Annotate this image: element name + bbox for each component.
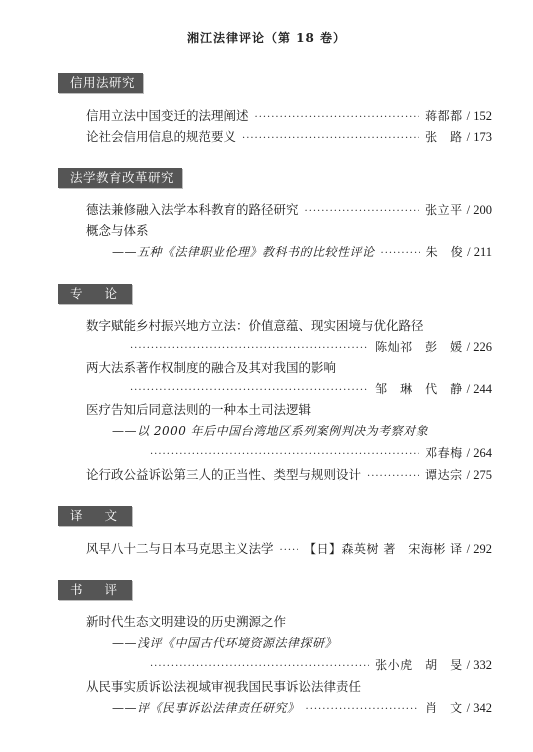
toc-entry-author-line[interactable]: 张小虎 胡 旻 / 332 xyxy=(150,655,492,675)
entry-page: / 275 xyxy=(467,465,492,485)
entry-title: 新时代生态文明建设的历史溯源之作 xyxy=(86,612,286,632)
entry-author: 张 路 xyxy=(425,127,463,147)
leader-dots xyxy=(305,202,420,222)
entry-author: 肖 文 xyxy=(425,698,463,718)
toc-entry[interactable]: 论社会信用信息的规范要义 张 路 / 173 xyxy=(86,127,492,147)
toc-entry-title-line[interactable]: 医疗告知后同意法则的一种本土司法逻辑 xyxy=(86,400,492,420)
section-heading-legal-education: 法学教育改革研究 xyxy=(58,168,182,188)
entry-page: / 152 xyxy=(467,106,492,126)
entry-author: 朱 俊 xyxy=(426,242,464,262)
entry-subtitle: ——评《民事诉讼法律责任研究》 xyxy=(112,698,300,718)
entry-author: 谭达宗 xyxy=(425,465,463,485)
toc-entry-title-line[interactable]: 概念与体系 xyxy=(86,221,492,241)
toc-entry-author-line[interactable]: 邓春梅 / 264 xyxy=(150,443,492,463)
section-heading-translation: 译 文 xyxy=(58,506,132,526)
entry-page: / 226 xyxy=(467,337,492,357)
entry-author: 邓春梅 xyxy=(425,443,463,463)
page-header-title: 湘江法律评论（第 18 卷） xyxy=(0,29,533,46)
entry-title: 信用立法中国变迁的法理阐述 xyxy=(86,106,249,126)
entry-title: 概念与体系 xyxy=(86,221,149,241)
toc-entry-subtitle-line[interactable]: ——以 2000 年后中国台湾地区系列案例判决为考察对象 xyxy=(112,421,492,441)
toc-entry-author-line[interactable]: 邹 琳 代 静 / 244 xyxy=(130,379,492,399)
toc-entry-subtitle-line[interactable]: ——五种《法律职业伦理》教科书的比较性评论 朱 俊 / 211 xyxy=(112,242,492,262)
entry-page: / 200 xyxy=(467,200,492,220)
entry-subtitle: ——五种《法律职业伦理》教科书的比较性评论 xyxy=(112,242,375,262)
toc-entry-title-line[interactable]: 新时代生态文明建设的历史溯源之作 xyxy=(86,612,492,632)
entry-page: / 292 xyxy=(467,539,492,559)
entry-author: 蒋都都 xyxy=(425,106,463,126)
leader-dots xyxy=(150,657,369,677)
leader-dots xyxy=(306,700,420,720)
toc-entry-subtitle-line[interactable]: ——浅评《中国古代环境资源法律探研》 xyxy=(112,633,492,653)
leader-dots xyxy=(242,129,419,149)
entry-author: 【日】森英树 著 宋海彬 译 xyxy=(304,539,463,559)
entry-author: 邹 琳 代 静 xyxy=(375,379,463,399)
entry-title: 数字赋能乡村振兴地方立法：价值意蕴、现实困境与优化路径 xyxy=(86,316,424,336)
leader-dots xyxy=(255,108,420,128)
entry-page: / 173 xyxy=(467,127,492,147)
toc-entry-author-line[interactable]: 陈灿祁 彭 媛 / 226 xyxy=(130,337,492,357)
leader-dots xyxy=(381,244,420,264)
section-heading-book-review: 书 评 xyxy=(58,580,132,600)
leader-dots xyxy=(130,381,369,401)
toc-entry-subtitle-line[interactable]: ——评《民事诉讼法律责任研究》 肖 文 / 342 xyxy=(112,698,492,718)
entry-page: / 264 xyxy=(467,443,492,463)
entry-subtitle: ——以 2000 年后中国台湾地区系列案例判决为考察对象 xyxy=(112,421,428,441)
entry-title: 风早八十二与日本马克思主义法学 xyxy=(86,539,274,559)
entry-title: 医疗告知后同意法则的一种本土司法逻辑 xyxy=(86,400,311,420)
toc-entry-title-line[interactable]: 从民事实质诉讼法视域审视我国民事诉讼法律责任 xyxy=(86,677,492,697)
leader-dots xyxy=(367,467,419,487)
leader-dots xyxy=(150,445,419,465)
entry-page: / 342 xyxy=(467,698,492,718)
entry-author: 张立平 xyxy=(425,200,463,220)
entry-subtitle: ——浅评《中国古代环境资源法律探研》 xyxy=(112,633,337,653)
section-heading-credit-law: 信用法研究 xyxy=(58,73,143,93)
toc-entry[interactable]: 论行政公益诉讼第三人的正当性、类型与规则设计 谭达宗 / 275 xyxy=(86,465,492,485)
entry-title: 论社会信用信息的规范要义 xyxy=(86,127,236,147)
entry-page: / 332 xyxy=(467,655,492,675)
toc-entry[interactable]: 德法兼修融入法学本科教育的路径研究 张立平 / 200 xyxy=(86,200,492,220)
entry-page: / 244 xyxy=(467,379,492,399)
entry-title: 德法兼修融入法学本科教育的路径研究 xyxy=(86,200,299,220)
entry-title: 两大法系著作权制度的融合及其对我国的影响 xyxy=(86,358,336,378)
leader-dots xyxy=(280,541,298,561)
toc-entry[interactable]: 风早八十二与日本马克思主义法学 【日】森英树 著 宋海彬 译 / 292 xyxy=(86,539,492,559)
entry-title: 论行政公益诉讼第三人的正当性、类型与规则设计 xyxy=(86,465,361,485)
toc-entry-title-line[interactable]: 两大法系著作权制度的融合及其对我国的影响 xyxy=(86,358,492,378)
entry-author: 陈灿祁 彭 媛 xyxy=(375,337,463,357)
toc-entry-title-line[interactable]: 数字赋能乡村振兴地方立法：价值意蕴、现实困境与优化路径 xyxy=(86,316,492,336)
entry-author: 张小虎 胡 旻 xyxy=(375,655,463,675)
entry-page: / 211 xyxy=(467,242,492,262)
toc-entry[interactable]: 信用立法中国变迁的法理阐述 蒋都都 / 152 xyxy=(86,106,492,126)
entry-title: 从民事实质诉讼法视域审视我国民事诉讼法律责任 xyxy=(86,677,361,697)
leader-dots xyxy=(130,339,369,359)
section-heading-monograph: 专 论 xyxy=(58,284,132,304)
